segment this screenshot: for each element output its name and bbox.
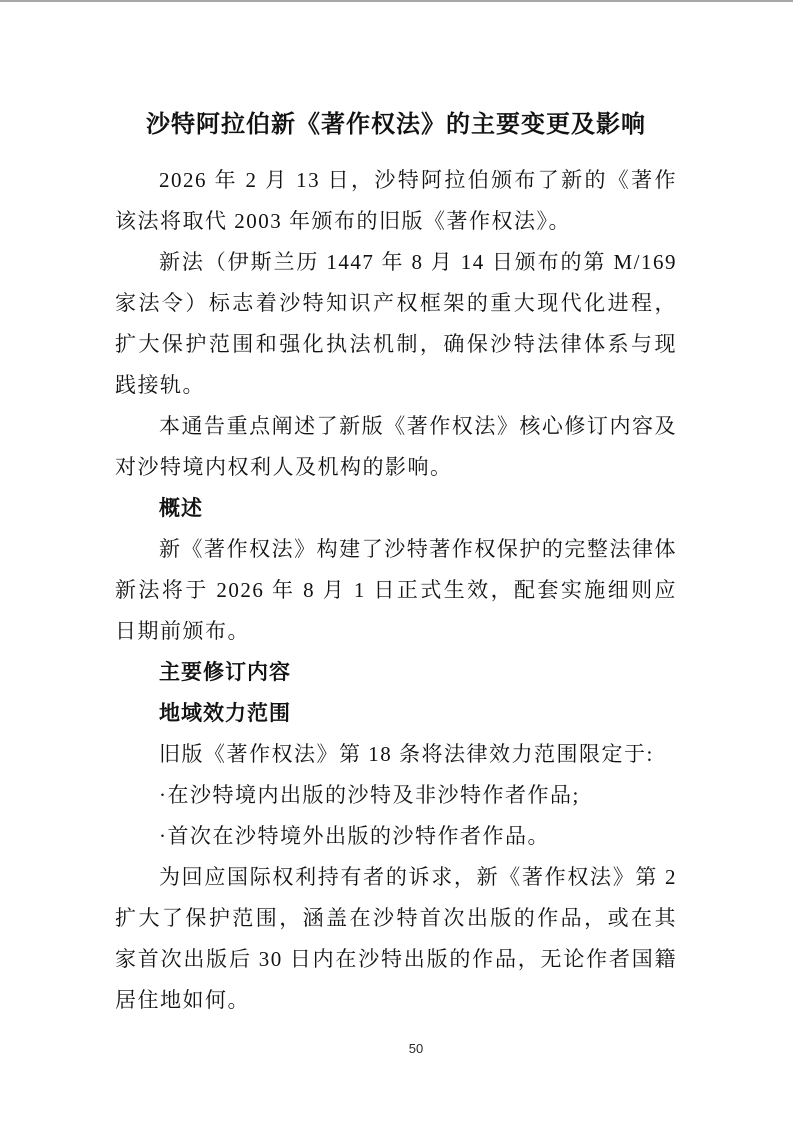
doc-line: 本通告重点阐述了新版《著作权法》核心修订内容及其 bbox=[115, 406, 677, 447]
doc-line: 2026 年 2 月 13 日，沙特阿拉伯颁布了新的《著作权法》, bbox=[115, 160, 677, 201]
bullet-line: ·首次在沙特境外出版的沙特作者作品。 bbox=[115, 816, 677, 857]
section-heading: 概述 bbox=[115, 488, 677, 529]
document-body: 沙特阿拉伯新《著作权法》的主要变更及影响 2026 年 2 月 13 日，沙特阿… bbox=[115, 104, 677, 1021]
document-page: 沙特阿拉伯新《著作权法》的主要变更及影响 2026 年 2 月 13 日，沙特阿… bbox=[0, 0, 793, 1122]
section-heading: 主要修订内容 bbox=[115, 652, 677, 693]
doc-line: 为回应国际权利持有者的诉求，新《著作权法》第 2 条 bbox=[115, 857, 677, 898]
doc-line: 扩大保护范围和强化执法机制，确保沙特法律体系与现代实 bbox=[115, 324, 677, 365]
doc-line: 该法将取代 2003 年颁布的旧版《著作权法》。 bbox=[115, 201, 677, 242]
doc-line: 家首次出版后 30 日内在沙特出版的作品，无论作者国籍或 bbox=[115, 939, 677, 980]
doc-line: 旧版《著作权法》第 18 条将法律效力范围限定于: bbox=[115, 734, 677, 775]
doc-line: 家法令）标志着沙特知识产权框架的重大现代化进程，通过 bbox=[115, 283, 677, 324]
doc-line: 居住地如何。 bbox=[115, 980, 677, 1021]
section-heading: 地域效力范围 bbox=[115, 693, 677, 734]
doc-line: 日期前颁布。 bbox=[115, 611, 677, 652]
document-title: 沙特阿拉伯新《著作权法》的主要变更及影响 bbox=[115, 104, 677, 145]
bullet-line: ·在沙特境内出版的沙特及非沙特作者作品; bbox=[115, 775, 677, 816]
doc-line: 新法将于 2026 年 8 月 1 日正式生效，配套实施细则应于该 bbox=[115, 570, 677, 611]
doc-line: 新《著作权法》构建了沙特著作权保护的完整法律体系。 bbox=[115, 529, 677, 570]
page-top-edge bbox=[0, 0, 793, 2]
doc-line: 对沙特境内权利人及机构的影响。 bbox=[115, 447, 677, 488]
doc-line: 新法（伊斯兰历 1447 年 8 月 14 日颁布的第 M/169 号皇 bbox=[115, 242, 677, 283]
page-number: 50 bbox=[409, 1040, 423, 1058]
doc-line: 践接轨。 bbox=[115, 365, 677, 406]
doc-line: 扩大了保护范围，涵盖在沙特首次出版的作品，或在其他国 bbox=[115, 898, 677, 939]
